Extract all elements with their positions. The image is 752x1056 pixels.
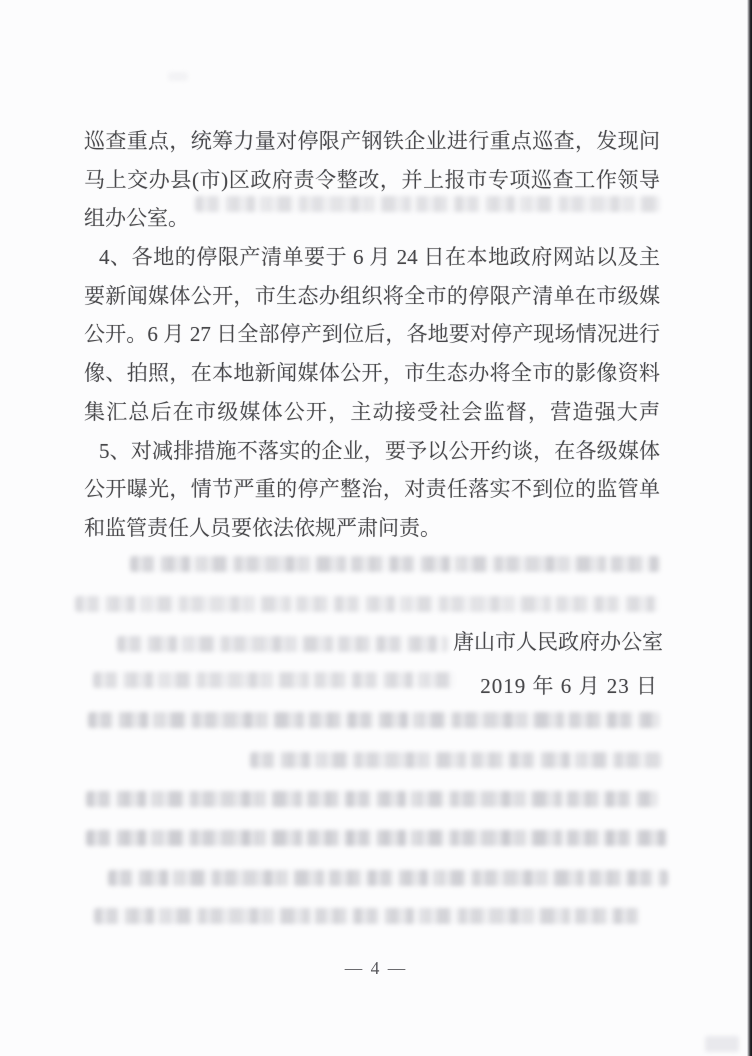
bleed-through-line [75,596,660,612]
page-number: — 4 — [0,958,752,979]
bleed-through-line [117,636,448,652]
body-line: 和监管责任人员要依法依规严肃问责。 [84,509,660,548]
signature-date: 2019 年 6 月 23 日 [453,664,663,708]
bleed-through-line [195,196,660,212]
scan-artifact-blob [168,72,188,81]
body-line: 集汇总后在市级媒体公开，主动接受社会监督，营造强大声势。 [84,393,660,432]
body-line: 马上交办县(市)区政府责令整改，并上报市专项巡查工作领导小 [84,161,660,200]
body-line: 公开曝光，情节严重的停产整治，对责任落实不到位的监管单位 [84,470,660,509]
bleed-through-line [94,908,640,924]
bleed-through-line [88,712,660,728]
body-line: 要新闻媒体公开，市生态办组织将全市的停限产清单在市级媒体 [84,277,660,316]
bleed-through-line [86,791,658,807]
body-line: 5、对减排措施不落实的企业，要予以公开约谈，在各级媒体 [84,432,660,471]
body-text: 巡查重点，统筹力量对停限产钢铁企业进行重点巡查，发现问题 马上交办县(市)区政府… [84,122,660,548]
body-line: 像、拍照，在本地新闻媒体公开，市生态办将全市的影像资料收 [84,354,660,393]
body-line: 4、各地的停限产清单要于 6 月 24 日在本地政府网站以及主 [84,238,660,277]
scan-edge-shadow [747,0,752,1056]
bleed-through-line [250,752,662,768]
bleed-through-line [108,870,668,886]
signature-org: 唐山市人民政府办公室 [453,620,663,664]
scan-artifact-blob [705,1036,739,1052]
scanned-document-page: 巡查重点，统筹力量对停限产钢铁企业进行重点巡查，发现问题 马上交办县(市)区政府… [0,0,752,1056]
signature-block: 唐山市人民政府办公室 2019 年 6 月 23 日 [453,620,663,708]
bleed-through-line [130,556,660,572]
bleed-through-line [86,830,668,846]
body-line: 公开。6 月 27 日全部停产到位后，各地要对停产现场情况进行录 [84,315,660,354]
body-line: 巡查重点，统筹力量对停限产钢铁企业进行重点巡查，发现问题 [84,122,660,161]
bleed-through-line [93,672,455,688]
